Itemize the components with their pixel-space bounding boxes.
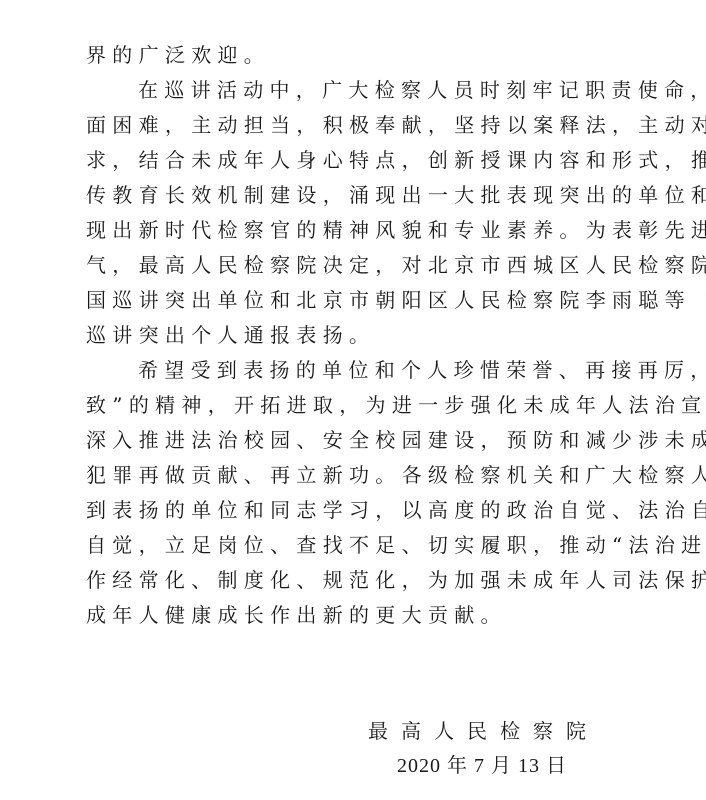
paragraph-line: 面困难，主动担当，积极奉献，坚持以案释法，主动对接学校需 xyxy=(86,108,642,143)
paragraph-line: 现出新时代检察官的精神风貌和专业素养。为表彰先进、鼓舞士 xyxy=(86,213,642,248)
document-body: 界的广泛欢迎。 在巡讲活动中，广大检察人员时刻牢记职责使命，克服各方 面困难，主… xyxy=(86,38,642,633)
paragraph-line: 巡讲突出个人通报表扬。 xyxy=(86,318,642,353)
paragraph-line: 成年人健康成长作出新的更大贡献。 xyxy=(86,598,642,633)
paragraph-line: 致”的精神，开拓进取，为进一步强化未成年人法治宣传教育， xyxy=(86,388,642,423)
paragraph-line: 求，结合未成年人身心特点，创新授课内容和形式，推动法治宣 xyxy=(86,143,642,178)
paragraph-line: 在巡讲活动中，广大检察人员时刻牢记职责使命，克服各方 xyxy=(86,73,642,108)
paragraph-line: 传教育长效机制建设，涌现出一大批表现突出的单位和个人，展 xyxy=(86,178,642,213)
paragraph-line: 深入推进法治校园、安全校园建设，预防和减少涉未成年人违法 xyxy=(86,423,642,458)
paragraph-line: 界的广泛欢迎。 xyxy=(86,38,642,73)
paragraph-line: 到表扬的单位和同志学习，以高度的政治自觉、法治自觉、检察 xyxy=(86,493,642,528)
paragraph-line: 犯罪再做贡献、再立新功。各级检察机关和广大检察人员要向受 xyxy=(86,458,642,493)
signature-organization: 最高人民检察院 xyxy=(368,716,599,746)
paragraph-line: 国巡讲突出单位和北京市朝阳区人民检察院李雨聪等 167 名全国 xyxy=(86,283,642,318)
paragraph-line: 气，最高人民检察院决定，对北京市西城区人民检察院等 95 个全 xyxy=(86,248,642,283)
paragraph-line: 自觉，立足岗位、查找不足、切实履职，推动“法治进校园”工 xyxy=(86,528,642,563)
paragraph-line: 作经常化、制度化、规范化，为加强未成年人司法保护、护航未 xyxy=(86,563,642,598)
paragraph-line: 希望受到表扬的单位和个人珍惜荣誉、再接再厉，以“求极 xyxy=(86,353,642,388)
signature-date: 2020 年 7 月 13 日 xyxy=(397,751,567,781)
